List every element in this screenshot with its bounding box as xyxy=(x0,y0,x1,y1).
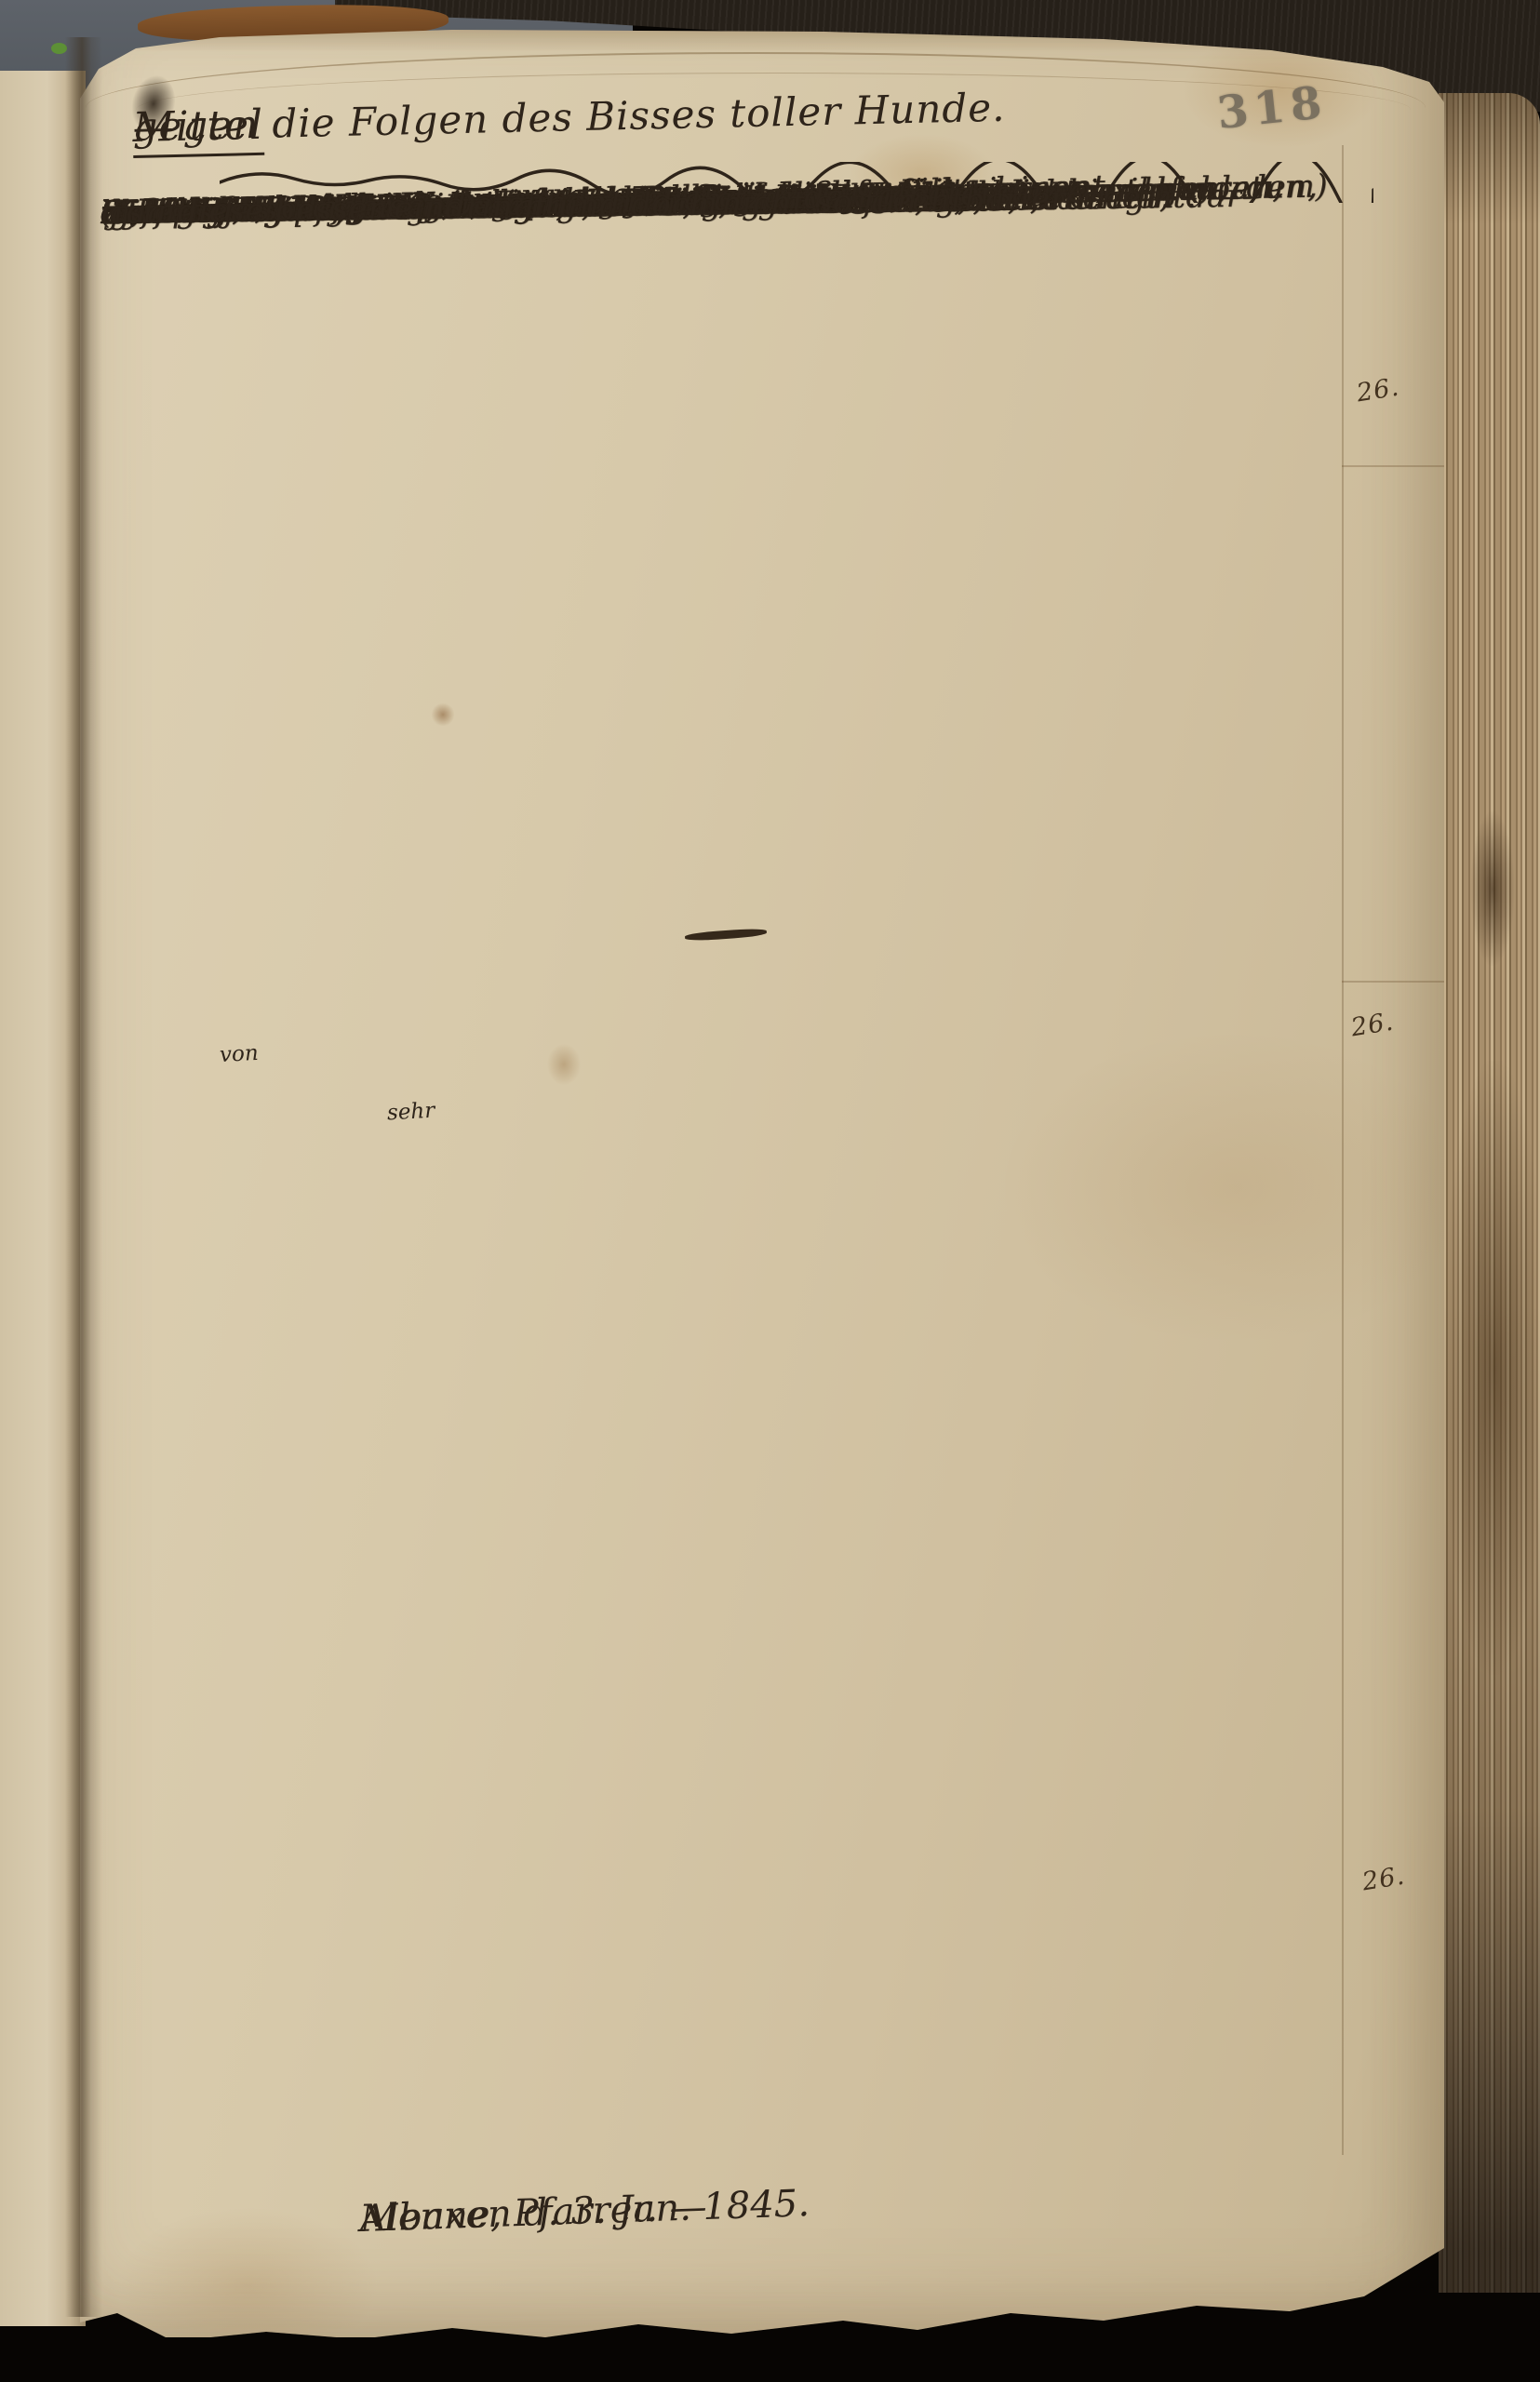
page-number: 318 xyxy=(1214,76,1329,140)
insert-word-von: von xyxy=(219,1041,259,1067)
manuscript-page: Mittel — gegen die Folgen des Bisses tol… xyxy=(80,24,1444,2337)
next-page-crease xyxy=(1342,465,1444,467)
correction-underline xyxy=(685,928,767,942)
page-gutter xyxy=(65,37,102,2317)
margin-note: 26. xyxy=(1355,373,1401,408)
fore-edge-stain xyxy=(1470,810,1515,968)
fore-edge-stain xyxy=(1442,1061,1537,1675)
next-page-fold-line xyxy=(1342,145,1344,2155)
margin-note: 26. xyxy=(1360,1862,1407,1897)
signature-row: Albaxen d. 3. Jan. 1845. Menne, Pfarrer.… xyxy=(359,2161,1400,2198)
manuscript-scan: Mittel — gegen die Folgen des Bisses tol… xyxy=(0,0,1540,2382)
margin-note: 26. xyxy=(1349,1008,1396,1043)
signature-name: Menne, Pfarrer. — xyxy=(359,2186,707,2241)
insert-word-sehr: sehr xyxy=(386,1099,435,1126)
book-fore-edge xyxy=(1439,93,1540,2293)
next-page-crease xyxy=(1342,981,1444,983)
